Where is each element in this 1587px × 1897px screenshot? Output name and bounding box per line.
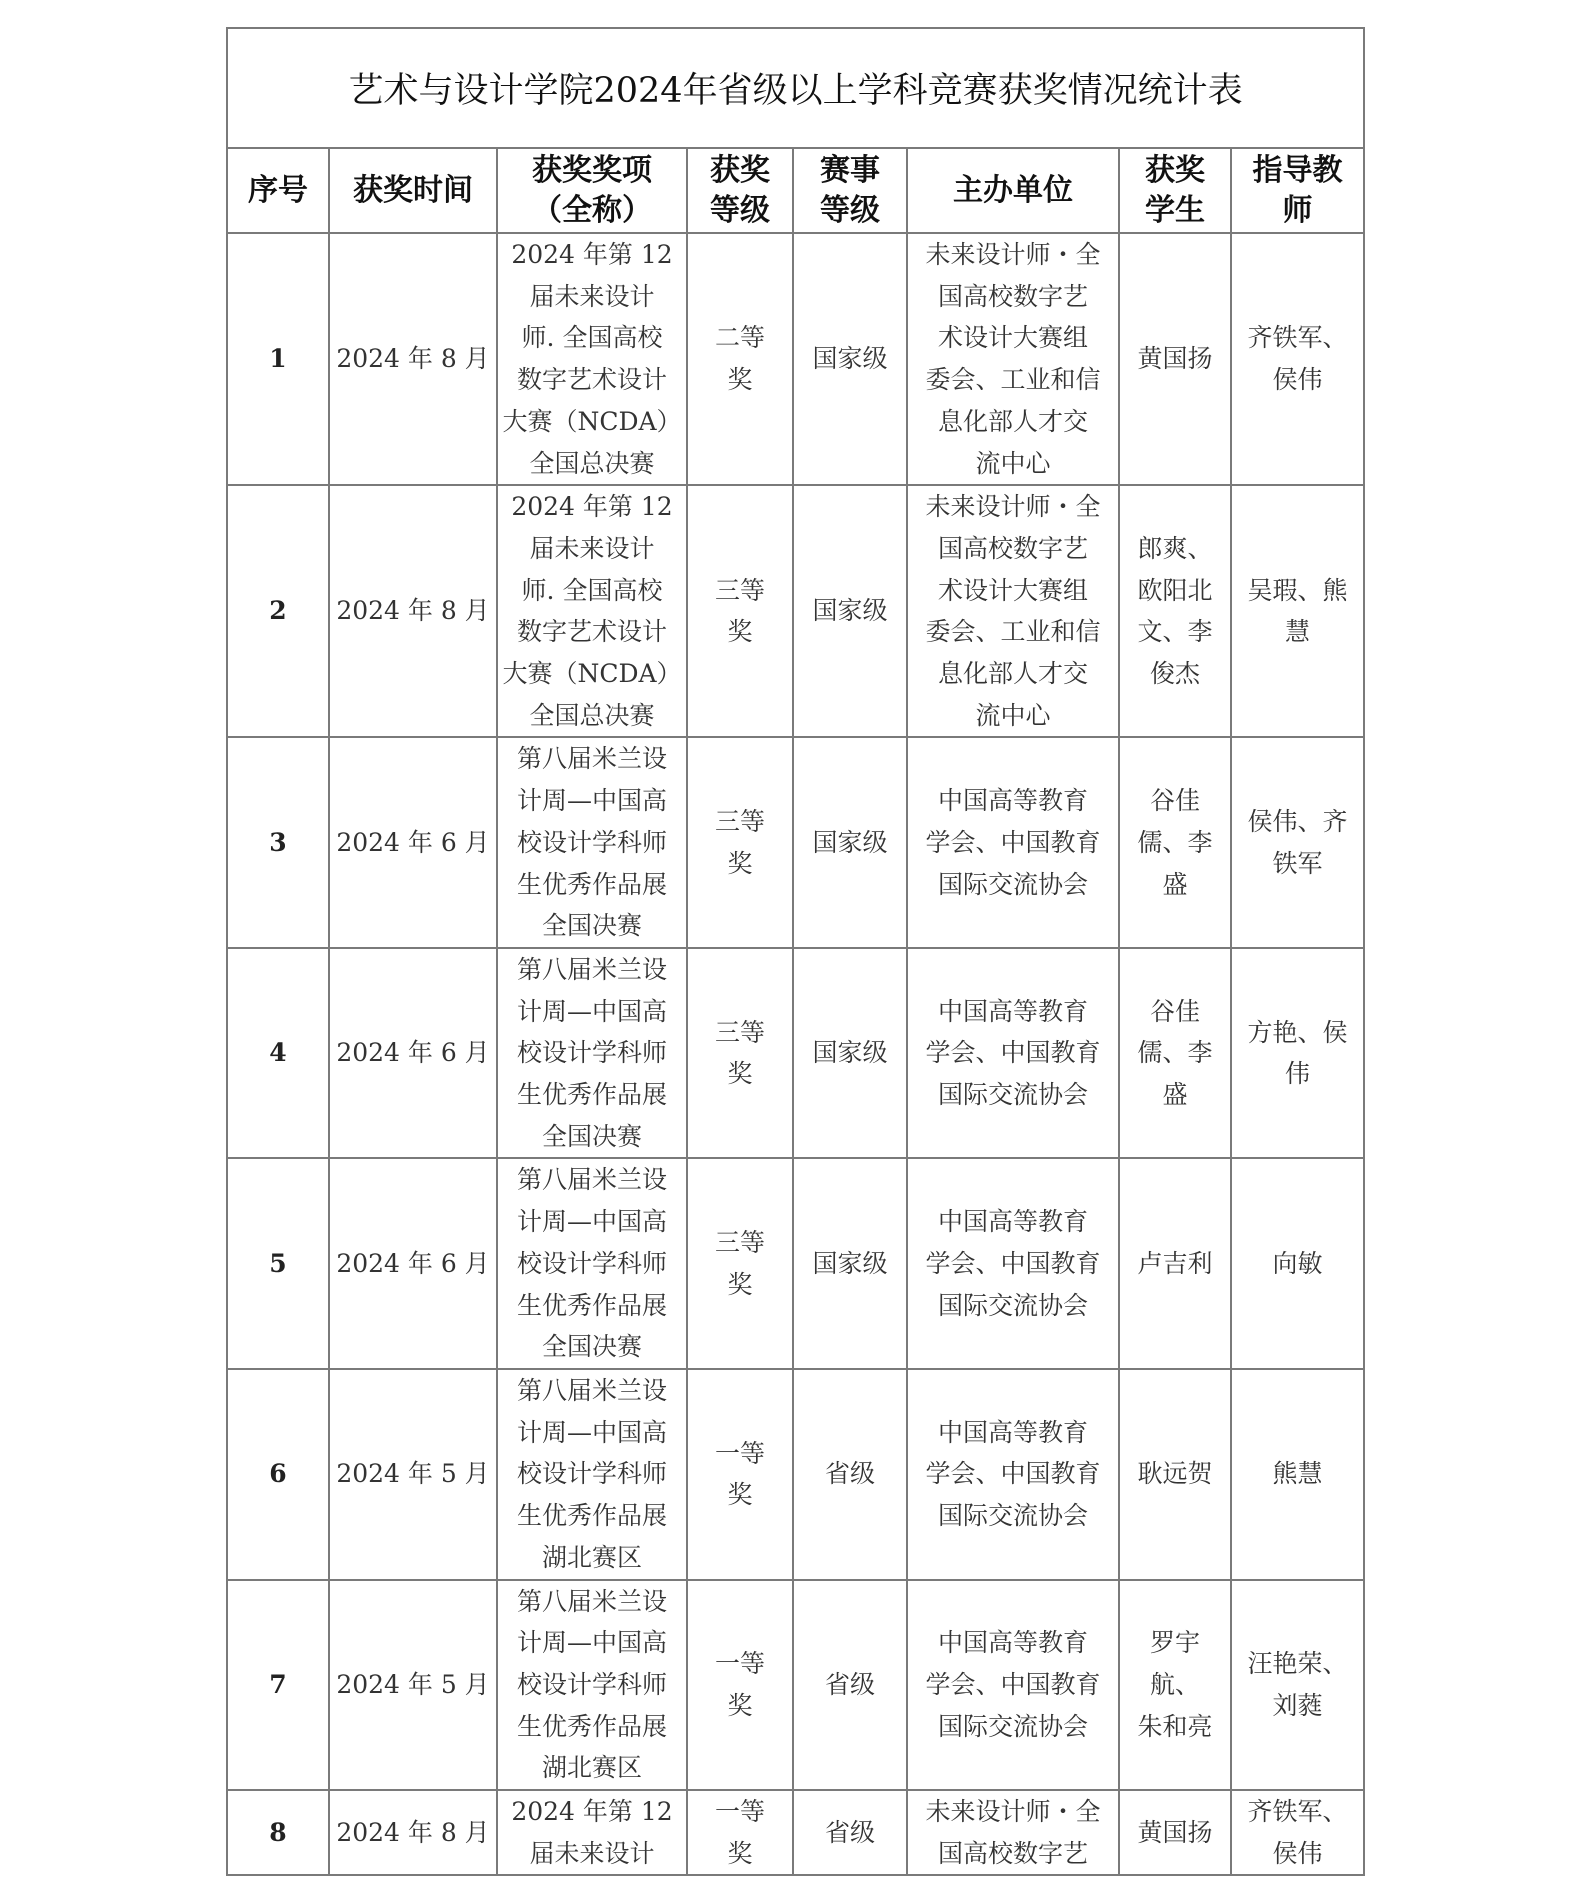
cell-text-line: 吴瑕、熊 [1232, 570, 1363, 612]
cell-text-line: 郎爽、 [1120, 528, 1230, 570]
cell-text-line: 耿远贺 [1120, 1453, 1230, 1495]
cell-organizer: 中国高等教育学会、中国教育国际交流协会 [907, 948, 1119, 1159]
cell-time: 2024 年 5 月 [329, 1580, 497, 1791]
column-header-text: 学生 [1120, 191, 1230, 231]
cell-advisors: 齐铁军、侯伟 [1231, 233, 1364, 485]
cell-text-line: 奖 [688, 1474, 792, 1516]
cell-text-line: 第八届米兰设 [498, 949, 686, 991]
cell-text-line: 息化部人才交 [908, 401, 1118, 443]
table-row: 82024 年 8 月2024 年第 12届未来设计一等奖省级未来设计师・全国高… [227, 1790, 1364, 1875]
cell-text-line: 学会、中国教育 [908, 1664, 1118, 1706]
cell-text-line: 奖 [688, 843, 792, 885]
cell-organizer: 中国高等教育学会、中国教育国际交流协会 [907, 737, 1119, 948]
column-header-text: 指导教 [1232, 151, 1363, 191]
cell-event-level: 国家级 [793, 1158, 907, 1369]
column-header-text: （全称） [498, 191, 686, 231]
cell-index: 5 [227, 1158, 329, 1369]
cell-organizer: 未来设计师・全国高校数字艺术设计大赛组委会、工业和信息化部人才交流中心 [907, 233, 1119, 485]
cell-text-line: 湖北赛区 [498, 1747, 686, 1789]
column-header-text: 等级 [688, 191, 792, 231]
cell-text-line: 儒、李 [1120, 1032, 1230, 1074]
cell-text-line: 航、 [1120, 1664, 1230, 1706]
cell-advisors: 吴瑕、熊慧 [1231, 485, 1364, 737]
cell-text-line: 国高校数字艺 [908, 1833, 1118, 1875]
cell-text-line: 国家级 [794, 590, 906, 632]
cell-text-line: 汪艳荣、 [1232, 1643, 1363, 1685]
cell-event-level: 省级 [793, 1790, 907, 1875]
cell-text-line: 未来设计师・全 [908, 1791, 1118, 1833]
cell-advisors: 齐铁军、侯伟 [1231, 1790, 1364, 1875]
cell-text-line: 齐铁军、 [1232, 1791, 1363, 1833]
cell-text-line: 计周—中国高 [498, 1412, 686, 1454]
cell-text-line: 奖 [688, 1685, 792, 1727]
cell-text-line: 一等 [688, 1643, 792, 1685]
cell-text-line: 学会、中国教育 [908, 822, 1118, 864]
cell-text-line: 大赛（NCDA） [498, 401, 686, 443]
cell-award-level: 三等奖 [687, 1158, 793, 1369]
cell-text-line: 计周—中国高 [498, 1201, 686, 1243]
cell-text-line: 生优秀作品展 [498, 864, 686, 906]
cell-award-name: 2024 年第 12届未来设计师. 全国高校数字艺术设计大赛（NCDA）全国总决… [497, 485, 687, 737]
cell-event-level: 省级 [793, 1580, 907, 1791]
column-header-text: 获奖 [1120, 151, 1230, 191]
cell-index: 3 [227, 737, 329, 948]
cell-text-line: 国家级 [794, 1243, 906, 1285]
cell-text-line: 国家级 [794, 1032, 906, 1074]
cell-advisors: 方艳、侯伟 [1231, 948, 1364, 1159]
column-header-text: 赛事 [794, 151, 906, 191]
cell-text-line: 国际交流协会 [908, 864, 1118, 906]
cell-text-line: 奖 [688, 1053, 792, 1095]
cell-text-line: 方艳、侯 [1232, 1012, 1363, 1054]
cell-text-line: 刘蕤 [1232, 1685, 1363, 1727]
cell-text-line: 全国决赛 [498, 905, 686, 947]
cell-advisors: 侯伟、齐铁军 [1231, 737, 1364, 948]
column-header-students: 获奖学生 [1119, 148, 1231, 233]
cell-text-line: 盛 [1120, 1074, 1230, 1116]
cell-text-line: 中国高等教育 [908, 991, 1118, 1033]
cell-text-line: 黄国扬 [1120, 1812, 1230, 1854]
cell-text-line: 省级 [794, 1812, 906, 1854]
cell-index: 7 [227, 1580, 329, 1791]
table-title: 艺术与设计学院2024年省级以上学科竞赛获奖情况统计表 [227, 28, 1364, 148]
cell-text-line: 三等 [688, 1222, 792, 1264]
cell-award-level: 一等奖 [687, 1369, 793, 1580]
cell-index: 6 [227, 1369, 329, 1580]
cell-text-line: 计周—中国高 [498, 780, 686, 822]
cell-text-line: 生优秀作品展 [498, 1495, 686, 1537]
cell-text-line: 奖 [688, 1264, 792, 1306]
cell-text-line: 中国高等教育 [908, 1622, 1118, 1664]
cell-text-line: 侯伟、齐 [1232, 801, 1363, 843]
cell-text-line: 三等 [688, 570, 792, 612]
cell-index: 2 [227, 485, 329, 737]
cell-award-name: 2024 年第 12届未来设计 [497, 1790, 687, 1875]
cell-text-line: 全国总决赛 [498, 443, 686, 485]
cell-text-line: 生优秀作品展 [498, 1706, 686, 1748]
cell-text-line: 国家级 [794, 822, 906, 864]
cell-text-line: 省级 [794, 1453, 906, 1495]
table-body: 12024 年 8 月2024 年第 12届未来设计师. 全国高校数字艺术设计大… [227, 233, 1364, 1875]
cell-award-name: 第八届米兰设计周—中国高校设计学科师生优秀作品展湖北赛区 [497, 1369, 687, 1580]
cell-text-line: 届未来设计 [498, 528, 686, 570]
cell-time: 2024 年 8 月 [329, 485, 497, 737]
cell-organizer: 中国高等教育学会、中国教育国际交流协会 [907, 1580, 1119, 1791]
cell-text-line: 师. 全国高校 [498, 570, 686, 612]
cell-time: 2024 年 6 月 [329, 948, 497, 1159]
cell-text-line: 数字艺术设计 [498, 611, 686, 653]
cell-text-line: 欧阳北 [1120, 570, 1230, 612]
cell-text-line: 计周—中国高 [498, 991, 686, 1033]
cell-text-line: 第八届米兰设 [498, 1159, 686, 1201]
cell-text-line: 中国高等教育 [908, 1201, 1118, 1243]
cell-award-level: 一等奖 [687, 1790, 793, 1875]
cell-text-line: 三等 [688, 1012, 792, 1054]
cell-event-level: 国家级 [793, 737, 907, 948]
cell-students: 黄国扬 [1119, 233, 1231, 485]
cell-text-line: 熊慧 [1232, 1453, 1363, 1495]
cell-time: 2024 年 8 月 [329, 233, 497, 485]
cell-text-line: 国际交流协会 [908, 1285, 1118, 1327]
column-header-text: 序号 [228, 171, 328, 211]
column-header-text: 获奖奖项 [498, 151, 686, 191]
cell-students: 谷佳儒、李盛 [1119, 948, 1231, 1159]
cell-event-level: 省级 [793, 1369, 907, 1580]
cell-text-line: 大赛（NCDA） [498, 653, 686, 695]
cell-text-line: 数字艺术设计 [498, 359, 686, 401]
cell-text-line: 慧 [1232, 611, 1363, 653]
header-row: 序号获奖时间获奖奖项（全称）获奖等级赛事等级主办单位获奖学生指导教师 [227, 148, 1364, 233]
cell-text-line: 俊杰 [1120, 653, 1230, 695]
cell-award-level: 三等奖 [687, 948, 793, 1159]
table-row: 42024 年 6 月第八届米兰设计周—中国高校设计学科师生优秀作品展全国决赛三… [227, 948, 1364, 1159]
cell-text-line: 国家级 [794, 338, 906, 380]
cell-students: 黄国扬 [1119, 1790, 1231, 1875]
cell-text-line: 第八届米兰设 [498, 1370, 686, 1412]
cell-text-line: 盛 [1120, 864, 1230, 906]
cell-text-line: 未来设计师・全 [908, 486, 1118, 528]
cell-text-line: 2024 年第 12 [498, 234, 686, 276]
column-header-advisors: 指导教师 [1231, 148, 1364, 233]
column-header-text: 主办单位 [908, 171, 1118, 211]
cell-award-level: 一等奖 [687, 1580, 793, 1791]
cell-text-line: 师. 全国高校 [498, 317, 686, 359]
cell-text-line: 奖 [688, 611, 792, 653]
cell-text-line: 谷佳 [1120, 780, 1230, 822]
column-header-organizer: 主办单位 [907, 148, 1119, 233]
cell-time: 2024 年 6 月 [329, 1158, 497, 1369]
cell-text-line: 二等 [688, 317, 792, 359]
cell-text-line: 罗宇 [1120, 1622, 1230, 1664]
cell-text-line: 计周—中国高 [498, 1622, 686, 1664]
cell-text-line: 省级 [794, 1664, 906, 1706]
cell-index: 1 [227, 233, 329, 485]
cell-text-line: 2024 年第 12 [498, 1791, 686, 1833]
table-row: 32024 年 6 月第八届米兰设计周—中国高校设计学科师生优秀作品展全国决赛三… [227, 737, 1364, 948]
cell-organizer: 中国高等教育学会、中国教育国际交流协会 [907, 1369, 1119, 1580]
cell-text-line: 湖北赛区 [498, 1537, 686, 1579]
cell-text-line: 学会、中国教育 [908, 1032, 1118, 1074]
column-header-award-level: 获奖等级 [687, 148, 793, 233]
cell-text-line: 生优秀作品展 [498, 1285, 686, 1327]
column-header-text: 获奖时间 [330, 171, 496, 211]
cell-text-line: 息化部人才交 [908, 653, 1118, 695]
cell-text-line: 中国高等教育 [908, 780, 1118, 822]
cell-students: 郎爽、欧阳北文、李俊杰 [1119, 485, 1231, 737]
cell-text-line: 2024 年第 12 [498, 486, 686, 528]
cell-text-line: 铁军 [1232, 843, 1363, 885]
column-header-award-name: 获奖奖项（全称） [497, 148, 687, 233]
cell-text-line: 谷佳 [1120, 991, 1230, 1033]
column-header-text: 等级 [794, 191, 906, 231]
cell-text-line: 文、李 [1120, 611, 1230, 653]
cell-time: 2024 年 8 月 [329, 1790, 497, 1875]
cell-text-line: 儒、李 [1120, 822, 1230, 864]
award-statistics-table: 艺术与设计学院2024年省级以上学科竞赛获奖情况统计表 序号获奖时间获奖奖项（全… [226, 27, 1365, 1876]
column-header-text: 获奖 [688, 151, 792, 191]
cell-text-line: 委会、工业和信 [908, 359, 1118, 401]
cell-text-line: 校设计学科师 [498, 822, 686, 864]
cell-text-line: 流中心 [908, 695, 1118, 737]
table-row: 12024 年 8 月2024 年第 12届未来设计师. 全国高校数字艺术设计大… [227, 233, 1364, 485]
cell-text-line: 国际交流协会 [908, 1706, 1118, 1748]
cell-text-line: 第八届米兰设 [498, 1581, 686, 1623]
cell-text-line: 届未来设计 [498, 276, 686, 318]
cell-text-line: 学会、中国教育 [908, 1243, 1118, 1285]
cell-text-line: 届未来设计 [498, 1833, 686, 1875]
cell-students: 卢吉利 [1119, 1158, 1231, 1369]
cell-text-line: 一等 [688, 1433, 792, 1475]
cell-text-line: 未来设计师・全 [908, 234, 1118, 276]
cell-index: 4 [227, 948, 329, 1159]
column-header-time: 获奖时间 [329, 148, 497, 233]
table-row: 22024 年 8 月2024 年第 12届未来设计师. 全国高校数字艺术设计大… [227, 485, 1364, 737]
cell-award-level: 三等奖 [687, 737, 793, 948]
cell-text-line: 国际交流协会 [908, 1074, 1118, 1116]
cell-text-line: 校设计学科师 [498, 1243, 686, 1285]
cell-text-line: 一等 [688, 1791, 792, 1833]
cell-award-name: 第八届米兰设计周—中国高校设计学科师生优秀作品展湖北赛区 [497, 1580, 687, 1791]
cell-organizer: 未来设计师・全国高校数字艺 [907, 1790, 1119, 1875]
cell-text-line: 伟 [1232, 1053, 1363, 1095]
cell-text-line: 奖 [688, 1833, 792, 1875]
cell-index: 8 [227, 1790, 329, 1875]
table-row: 62024 年 5 月第八届米兰设计周—中国高校设计学科师生优秀作品展湖北赛区一… [227, 1369, 1364, 1580]
table-row: 52024 年 6 月第八届米兰设计周—中国高校设计学科师生优秀作品展全国决赛三… [227, 1158, 1364, 1369]
cell-text-line: 术设计大赛组 [908, 570, 1118, 612]
cell-time: 2024 年 6 月 [329, 737, 497, 948]
cell-advisors: 向敏 [1231, 1158, 1364, 1369]
table-row: 72024 年 5 月第八届米兰设计周—中国高校设计学科师生优秀作品展湖北赛区一… [227, 1580, 1364, 1791]
cell-text-line: 朱和亮 [1120, 1706, 1230, 1748]
cell-text-line: 中国高等教育 [908, 1412, 1118, 1454]
cell-text-line: 委会、工业和信 [908, 611, 1118, 653]
cell-award-name: 2024 年第 12届未来设计师. 全国高校数字艺术设计大赛（NCDA）全国总决… [497, 233, 687, 485]
cell-award-name: 第八届米兰设计周—中国高校设计学科师生优秀作品展全国决赛 [497, 948, 687, 1159]
cell-event-level: 国家级 [793, 948, 907, 1159]
column-header-event-level: 赛事等级 [793, 148, 907, 233]
cell-text-line: 流中心 [908, 443, 1118, 485]
cell-event-level: 国家级 [793, 233, 907, 485]
cell-text-line: 全国决赛 [498, 1116, 686, 1158]
cell-event-level: 国家级 [793, 485, 907, 737]
cell-students: 耿远贺 [1119, 1369, 1231, 1580]
cell-text-line: 卢吉利 [1120, 1243, 1230, 1285]
cell-award-name: 第八届米兰设计周—中国高校设计学科师生优秀作品展全国决赛 [497, 737, 687, 948]
cell-students: 罗宇航、朱和亮 [1119, 1580, 1231, 1791]
cell-text-line: 奖 [688, 359, 792, 401]
cell-text-line: 侯伟 [1232, 359, 1363, 401]
cell-text-line: 齐铁军、 [1232, 317, 1363, 359]
cell-text-line: 国际交流协会 [908, 1495, 1118, 1537]
cell-award-level: 三等奖 [687, 485, 793, 737]
cell-organizer: 未来设计师・全国高校数字艺术设计大赛组委会、工业和信息化部人才交流中心 [907, 485, 1119, 737]
cell-text-line: 校设计学科师 [498, 1032, 686, 1074]
cell-award-name: 第八届米兰设计周—中国高校设计学科师生优秀作品展全国决赛 [497, 1158, 687, 1369]
cell-text-line: 全国总决赛 [498, 695, 686, 737]
cell-text-line: 侯伟 [1232, 1833, 1363, 1875]
cell-text-line: 黄国扬 [1120, 338, 1230, 380]
cell-text-line: 国高校数字艺 [908, 528, 1118, 570]
cell-advisors: 熊慧 [1231, 1369, 1364, 1580]
cell-advisors: 汪艳荣、刘蕤 [1231, 1580, 1364, 1791]
cell-text-line: 校设计学科师 [498, 1453, 686, 1495]
cell-text-line: 校设计学科师 [498, 1664, 686, 1706]
cell-award-level: 二等奖 [687, 233, 793, 485]
column-header-index: 序号 [227, 148, 329, 233]
cell-text-line: 生优秀作品展 [498, 1074, 686, 1116]
column-header-text: 师 [1232, 191, 1363, 231]
cell-text-line: 全国决赛 [498, 1326, 686, 1368]
cell-organizer: 中国高等教育学会、中国教育国际交流协会 [907, 1158, 1119, 1369]
cell-text-line: 第八届米兰设 [498, 738, 686, 780]
cell-text-line: 向敏 [1232, 1243, 1363, 1285]
cell-time: 2024 年 5 月 [329, 1369, 497, 1580]
cell-students: 谷佳儒、李盛 [1119, 737, 1231, 948]
cell-text-line: 学会、中国教育 [908, 1453, 1118, 1495]
cell-text-line: 三等 [688, 801, 792, 843]
cell-text-line: 术设计大赛组 [908, 317, 1118, 359]
cell-text-line: 国高校数字艺 [908, 276, 1118, 318]
